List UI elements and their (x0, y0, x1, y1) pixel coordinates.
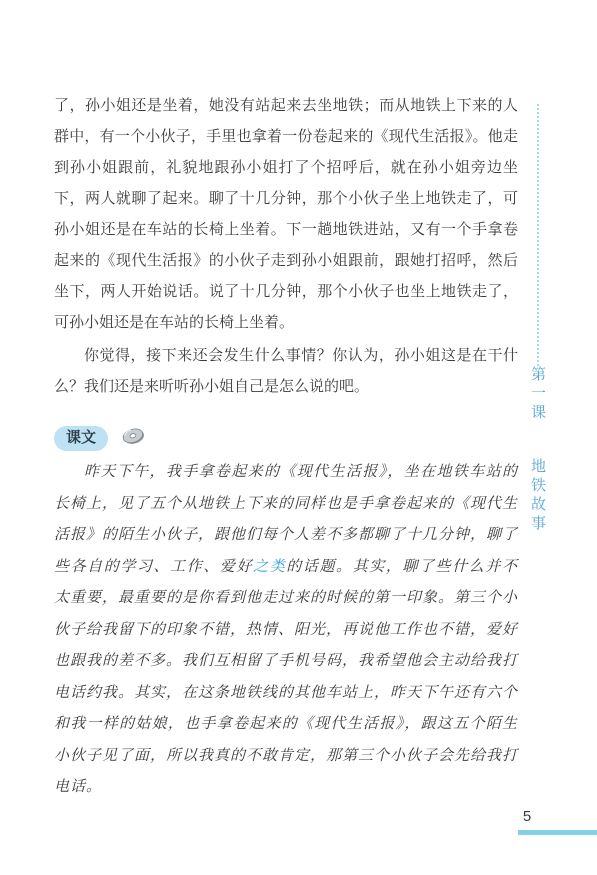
audio-disc-icon (120, 424, 148, 453)
lesson-vertical-title: 第一课 地铁故事 (527, 366, 548, 534)
intro-paragraph-1: 了，孙小姐还是坐着，她没有站起来去坐地铁；而从地铁上下来的人群中，有一个小伙子，… (54, 91, 518, 339)
kewen-paragraph: 昨天下午，我手拿卷起来的《现代生活报》，坐在地铁车站的长椅上，见了五个从地铁上下… (54, 457, 518, 804)
kewen-header: 课文 (54, 425, 518, 451)
lesson-number-label: 第一课 (527, 366, 548, 423)
dotted-divider (537, 104, 539, 366)
textbook-page: 第 7 级 第一课 地铁故事 了，孙小姐还是坐着，她没有站起来去坐地铁；而从地铁… (0, 0, 597, 875)
intro-paragraph-2: 你觉得，接下来还会发生什么事情？你认为，孙小姐这是在干什么？我们还是来听听孙小姐… (54, 341, 518, 403)
lesson-title-label: 地铁故事 (529, 458, 546, 534)
footer-accent-bar (518, 830, 597, 835)
kewen-text-after: 的话题。其实，聊了些什么并不太重要，最重要的是你看到他走过来的时候的第一印象。第… (54, 559, 518, 796)
main-content: 了，孙小姐还是坐着，她没有站起来去坐地铁；而从地铁上下来的人群中，有一个小伙子，… (54, 91, 518, 804)
kewen-highlight-word: 之类 (253, 559, 286, 575)
kewen-label-pill: 课文 (54, 426, 108, 451)
page-number: 5 (516, 808, 538, 825)
